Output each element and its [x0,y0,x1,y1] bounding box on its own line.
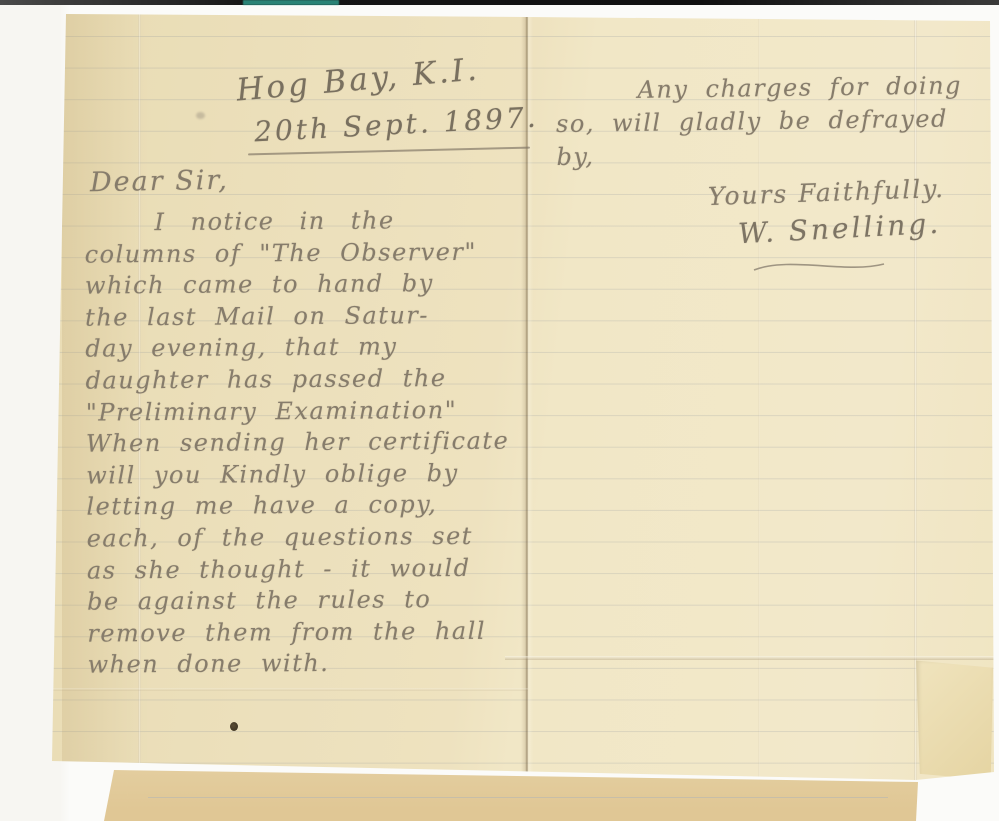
body-line: each, of the questions set [87,520,539,555]
body-line: letting me have a copy, [86,489,538,524]
body-line: daughter has passed the [85,362,537,397]
body-line: be against the rules to [87,584,539,619]
body-line: remove them from the hall [87,615,539,650]
body-line: as she thought - it would [87,552,539,587]
left-page-body: I notice in the columns of "The Observer… [84,204,539,681]
teal-scan-artifact [243,0,339,5]
body-line: which came to hand by [85,268,537,303]
scanned-letter-page: Hog Bay, K.I. 20th Sept. 1897. Dear Sir,… [0,0,999,821]
body-line: the last Mail on Satur- [85,299,537,334]
body-line: columns of "The Observer" [85,236,537,271]
salutation: Dear Sir, [90,165,229,198]
folded-corner [916,658,993,780]
pencil-smudge [196,112,205,119]
body-line: will you Kindly oblige by [86,457,538,492]
body-line: by, [556,135,992,174]
ink-blot [230,722,238,731]
scanner-edge-strip [0,0,999,5]
body-line: so, will gladly be defrayed [556,102,992,141]
body-line: when done with. [87,647,539,682]
right-page-body: Any charges for doing so, will gladly be… [555,69,992,174]
letter-sheet: Hog Bay, K.I. 20th Sept. 1897. Dear Sir,… [50,12,995,782]
signature-flourish [750,258,890,276]
body-line: "Preliminary Examination" [86,394,538,429]
body-line: day evening, that my [85,331,537,366]
body-line: When sending her certificate [86,426,538,461]
body-line: I notice in the [84,204,536,239]
